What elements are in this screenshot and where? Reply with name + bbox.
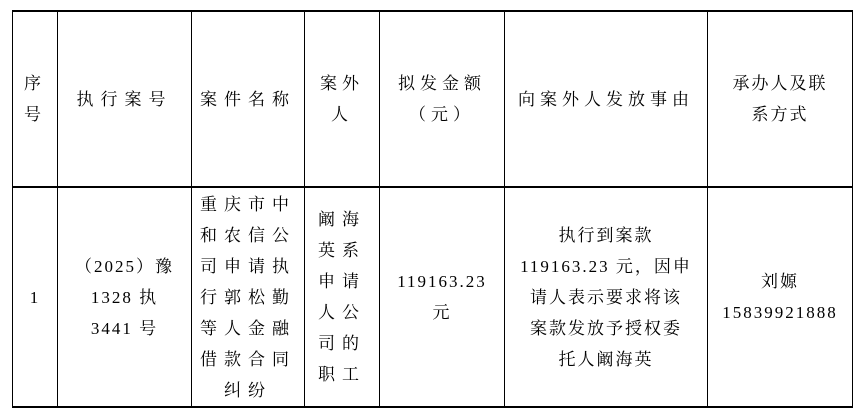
cell-outsider: 阚海 英系 申请 人公 司的 职工: [305, 187, 380, 407]
cell-case-name: 重庆市中 和农信公 司申请执 行郭松勤 等人金融 借款合同 纠纷: [192, 187, 305, 407]
cell-handler: 刘嫄 15839921888: [708, 187, 853, 407]
execution-payout-table: 序 号 执行案号 案件名称 案外 人 拟发金额 （元） 向案外人发放事由 承办人…: [12, 10, 853, 408]
cell-case-number: （2025）豫 1328 执 3441 号: [58, 187, 192, 407]
col-header-outsider: 案外 人: [305, 11, 380, 187]
table-row: 1 （2025）豫 1328 执 3441 号 重庆市中 和农信公 司申请执 行…: [13, 187, 853, 407]
col-header-case-name: 案件名称: [192, 11, 305, 187]
col-header-reason: 向案外人发放事由: [505, 11, 708, 187]
col-header-index: 序 号: [13, 11, 58, 187]
col-header-case-number: 执行案号: [58, 11, 192, 187]
col-header-handler: 承办人及联 系方式: [708, 11, 853, 187]
table-header-row: 序 号 执行案号 案件名称 案外 人 拟发金额 （元） 向案外人发放事由 承办人…: [13, 11, 853, 187]
cell-reason: 执行到案款 119163.23 元，因申 请人表示要求将该 案款发放予授权委 托…: [505, 187, 708, 407]
cell-proposed-amount: 119163.23 元: [380, 187, 505, 407]
cell-index: 1: [13, 187, 58, 407]
col-header-proposed-amount: 拟发金额 （元）: [380, 11, 505, 187]
